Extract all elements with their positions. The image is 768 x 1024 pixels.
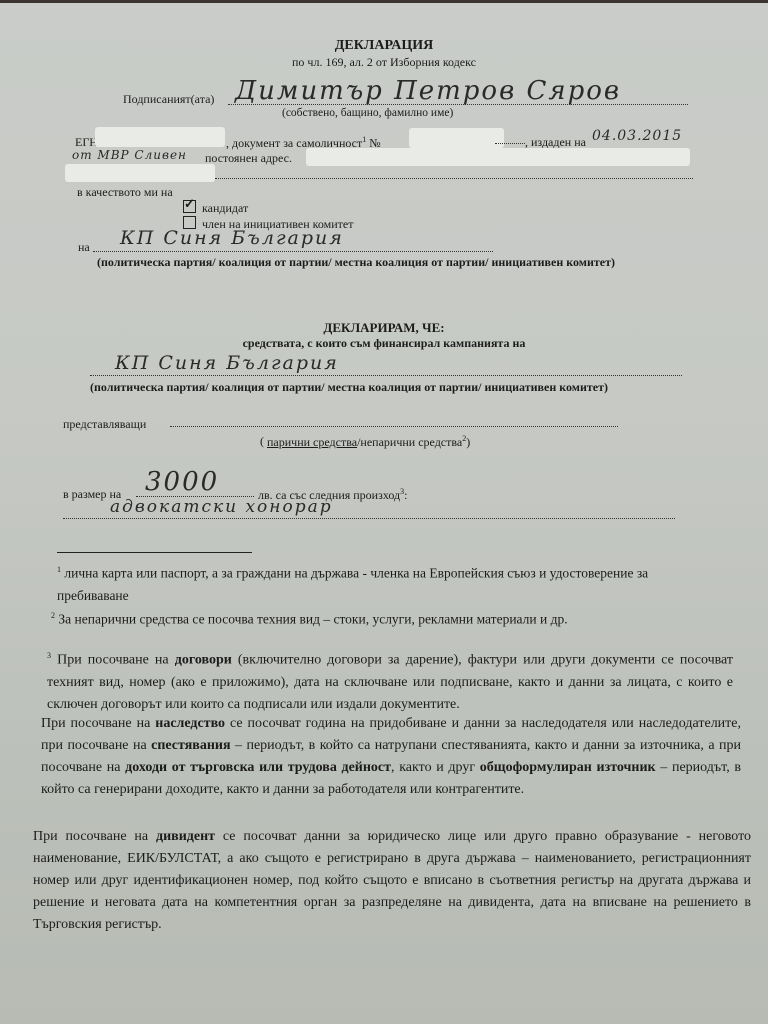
signatory-handwritten: Димитър Петров Сяров bbox=[235, 76, 621, 106]
party-line bbox=[93, 249, 493, 252]
paragraph-dividend: При посочване на дивидент се посочват да… bbox=[33, 826, 751, 936]
signatory-hint: (собствено, бащино, фамилно име) bbox=[282, 107, 453, 119]
issued-date-handwritten: 04.03.2015 bbox=[592, 128, 682, 144]
on-label: на bbox=[78, 240, 90, 255]
footnote-separator bbox=[57, 552, 252, 553]
redacted-egn bbox=[95, 127, 225, 147]
party-handwritten: КП Синя България bbox=[120, 227, 344, 249]
footnote-2: 2 За непарични средства се посочва техни… bbox=[51, 605, 751, 631]
funds-hint-open-paren: ( bbox=[260, 434, 264, 449]
document-title: ДЕКЛАРАЦИЯ bbox=[0, 38, 768, 54]
address-label: постоянен адрес. bbox=[205, 151, 292, 166]
declare-subheading: средствата, с които съм финансирал кампа… bbox=[0, 336, 768, 351]
footnote-1: 1 лична карта или паспорт, а за граждани… bbox=[57, 559, 757, 607]
representing-line bbox=[170, 424, 618, 427]
signatory-label: Подписаният(ата) bbox=[123, 92, 214, 107]
party-handwritten-2: КП Синя България bbox=[115, 352, 339, 374]
id-number-dots bbox=[495, 141, 525, 144]
redacted-address-2 bbox=[65, 164, 215, 182]
representing-label: представляващи bbox=[63, 417, 146, 432]
party-line-2 bbox=[90, 373, 682, 376]
checkbox-checked-icon[interactable] bbox=[183, 200, 196, 213]
origin-handwritten: адвокатски хонорар bbox=[110, 497, 333, 517]
redacted-address bbox=[306, 148, 690, 166]
footnote-3: 3 При посочване на договори (включително… bbox=[47, 645, 733, 716]
role-option-candidate[interactable]: кандидат bbox=[183, 200, 248, 216]
party-hint: (политическа партия/ коалиция от партии/… bbox=[97, 255, 615, 270]
paragraph-inheritance: При посочване на наследство се посочват … bbox=[41, 713, 741, 801]
address-line bbox=[215, 176, 693, 179]
funds-hint: парични средства/непарични средства2) bbox=[267, 434, 470, 450]
document-subtitle: по чл. 169, ал. 2 от Изборния кодекс bbox=[0, 55, 768, 70]
declare-heading: ДЕКЛАРИРАМ, ЧЕ: bbox=[0, 320, 768, 336]
redacted-id-number bbox=[409, 128, 504, 148]
issued-by-handwritten: от МВР Сливен bbox=[72, 148, 187, 162]
photo-edge bbox=[0, 0, 768, 3]
role-label: в качеството ми на bbox=[77, 185, 173, 200]
amount-handwritten: 3000 bbox=[145, 467, 219, 497]
party-hint-2: (политическа партия/ коалиция от партии/… bbox=[90, 380, 608, 395]
